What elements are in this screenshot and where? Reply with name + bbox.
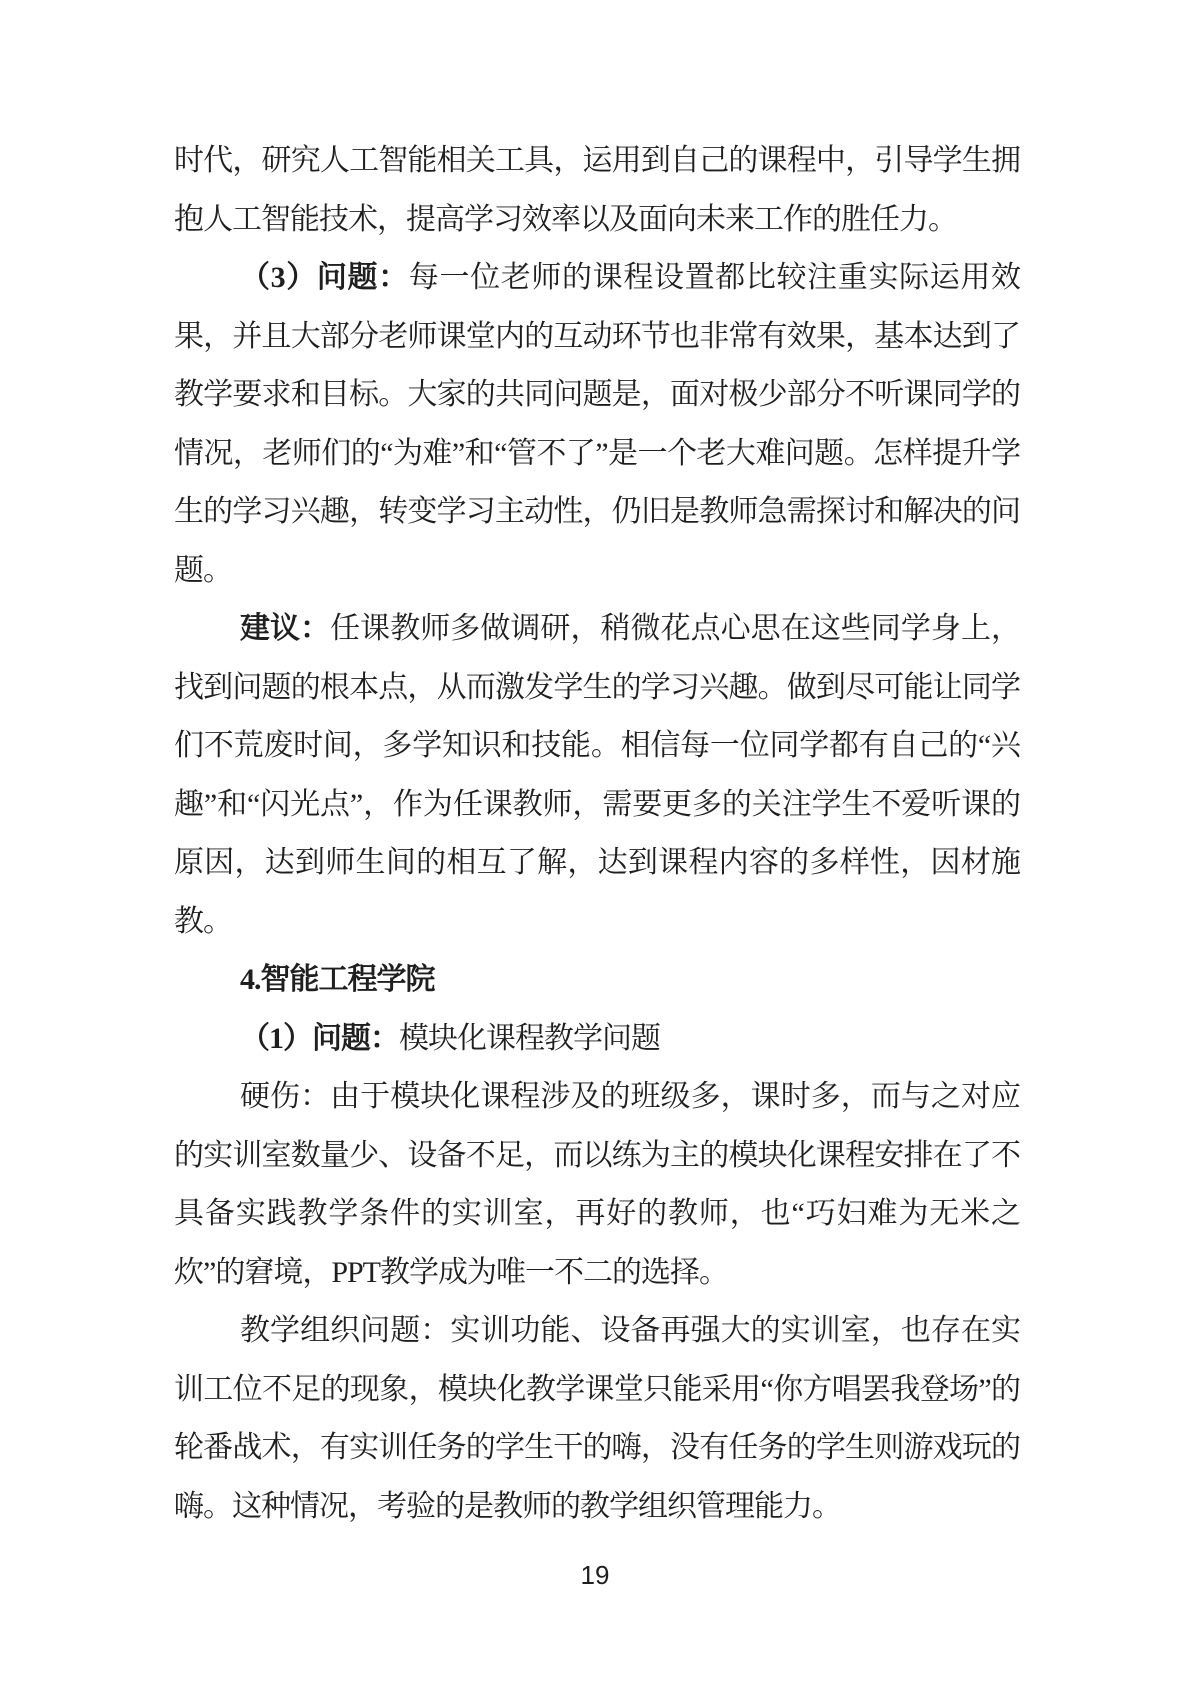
- document-body: 时代，研究人工智能相关工具，运用到自己的课程中，引导学生拥抱人工智能技术，提高学…: [174, 132, 1020, 1536]
- bold-text-run: （3）问题：: [240, 261, 409, 294]
- section-heading-4: 4.智能工程学院: [174, 951, 1020, 1010]
- text-run: 硬伤：由于模块化课程涉及的班级多，课时多，而与之对应的实训室数量少、设备不足，而…: [174, 1080, 1020, 1289]
- text-run: 每一位老师的课程设置都比较注重实际运用效果，并且大部分老师课堂内的互动环节也非常…: [174, 261, 1020, 587]
- bold-text-run: 4.智能工程学院: [240, 963, 435, 996]
- paragraph-teaching-organization: 教学组织问题：实训功能、设备再强大的实训室，也存在实训工位不足的现象，模块化教学…: [174, 1302, 1020, 1536]
- text-run: 教学组织问题：实训功能、设备再强大的实训室，也存在实训工位不足的现象，模块化教学…: [174, 1314, 1020, 1523]
- text-run: 任课教师多做调研，稍微花点心思在这些同学身上，找到问题的根本点，从而激发学生的学…: [174, 612, 1020, 938]
- bold-text-run: （1）问题：: [240, 1022, 399, 1055]
- bold-text-run: 建议：: [240, 612, 330, 645]
- document-page: 时代，研究人工智能相关工具，运用到自己的课程中，引导学生拥抱人工智能技术，提高学…: [0, 0, 1190, 1683]
- text-run: 模块化课程教学问题: [399, 1022, 660, 1055]
- paragraph-continuation: 时代，研究人工智能相关工具，运用到自己的课程中，引导学生拥抱人工智能技术，提高学…: [174, 132, 1020, 249]
- text-run: 时代，研究人工智能相关工具，运用到自己的课程中，引导学生拥抱人工智能技术，提高学…: [174, 144, 1020, 236]
- paragraph-problem-1: （1）问题：模块化课程教学问题: [174, 1010, 1020, 1069]
- paragraph-problem-3: （3）问题：每一位老师的课程设置都比较注重实际运用效果，并且大部分老师课堂内的互…: [174, 249, 1020, 600]
- page-number: 19: [0, 1560, 1190, 1591]
- paragraph-suggestion: 建议：任课教师多做调研，稍微花点心思在这些同学身上，找到问题的根本点，从而激发学…: [174, 600, 1020, 951]
- paragraph-hard-flaw: 硬伤：由于模块化课程涉及的班级多，课时多，而与之对应的实训室数量少、设备不足，而…: [174, 1068, 1020, 1302]
